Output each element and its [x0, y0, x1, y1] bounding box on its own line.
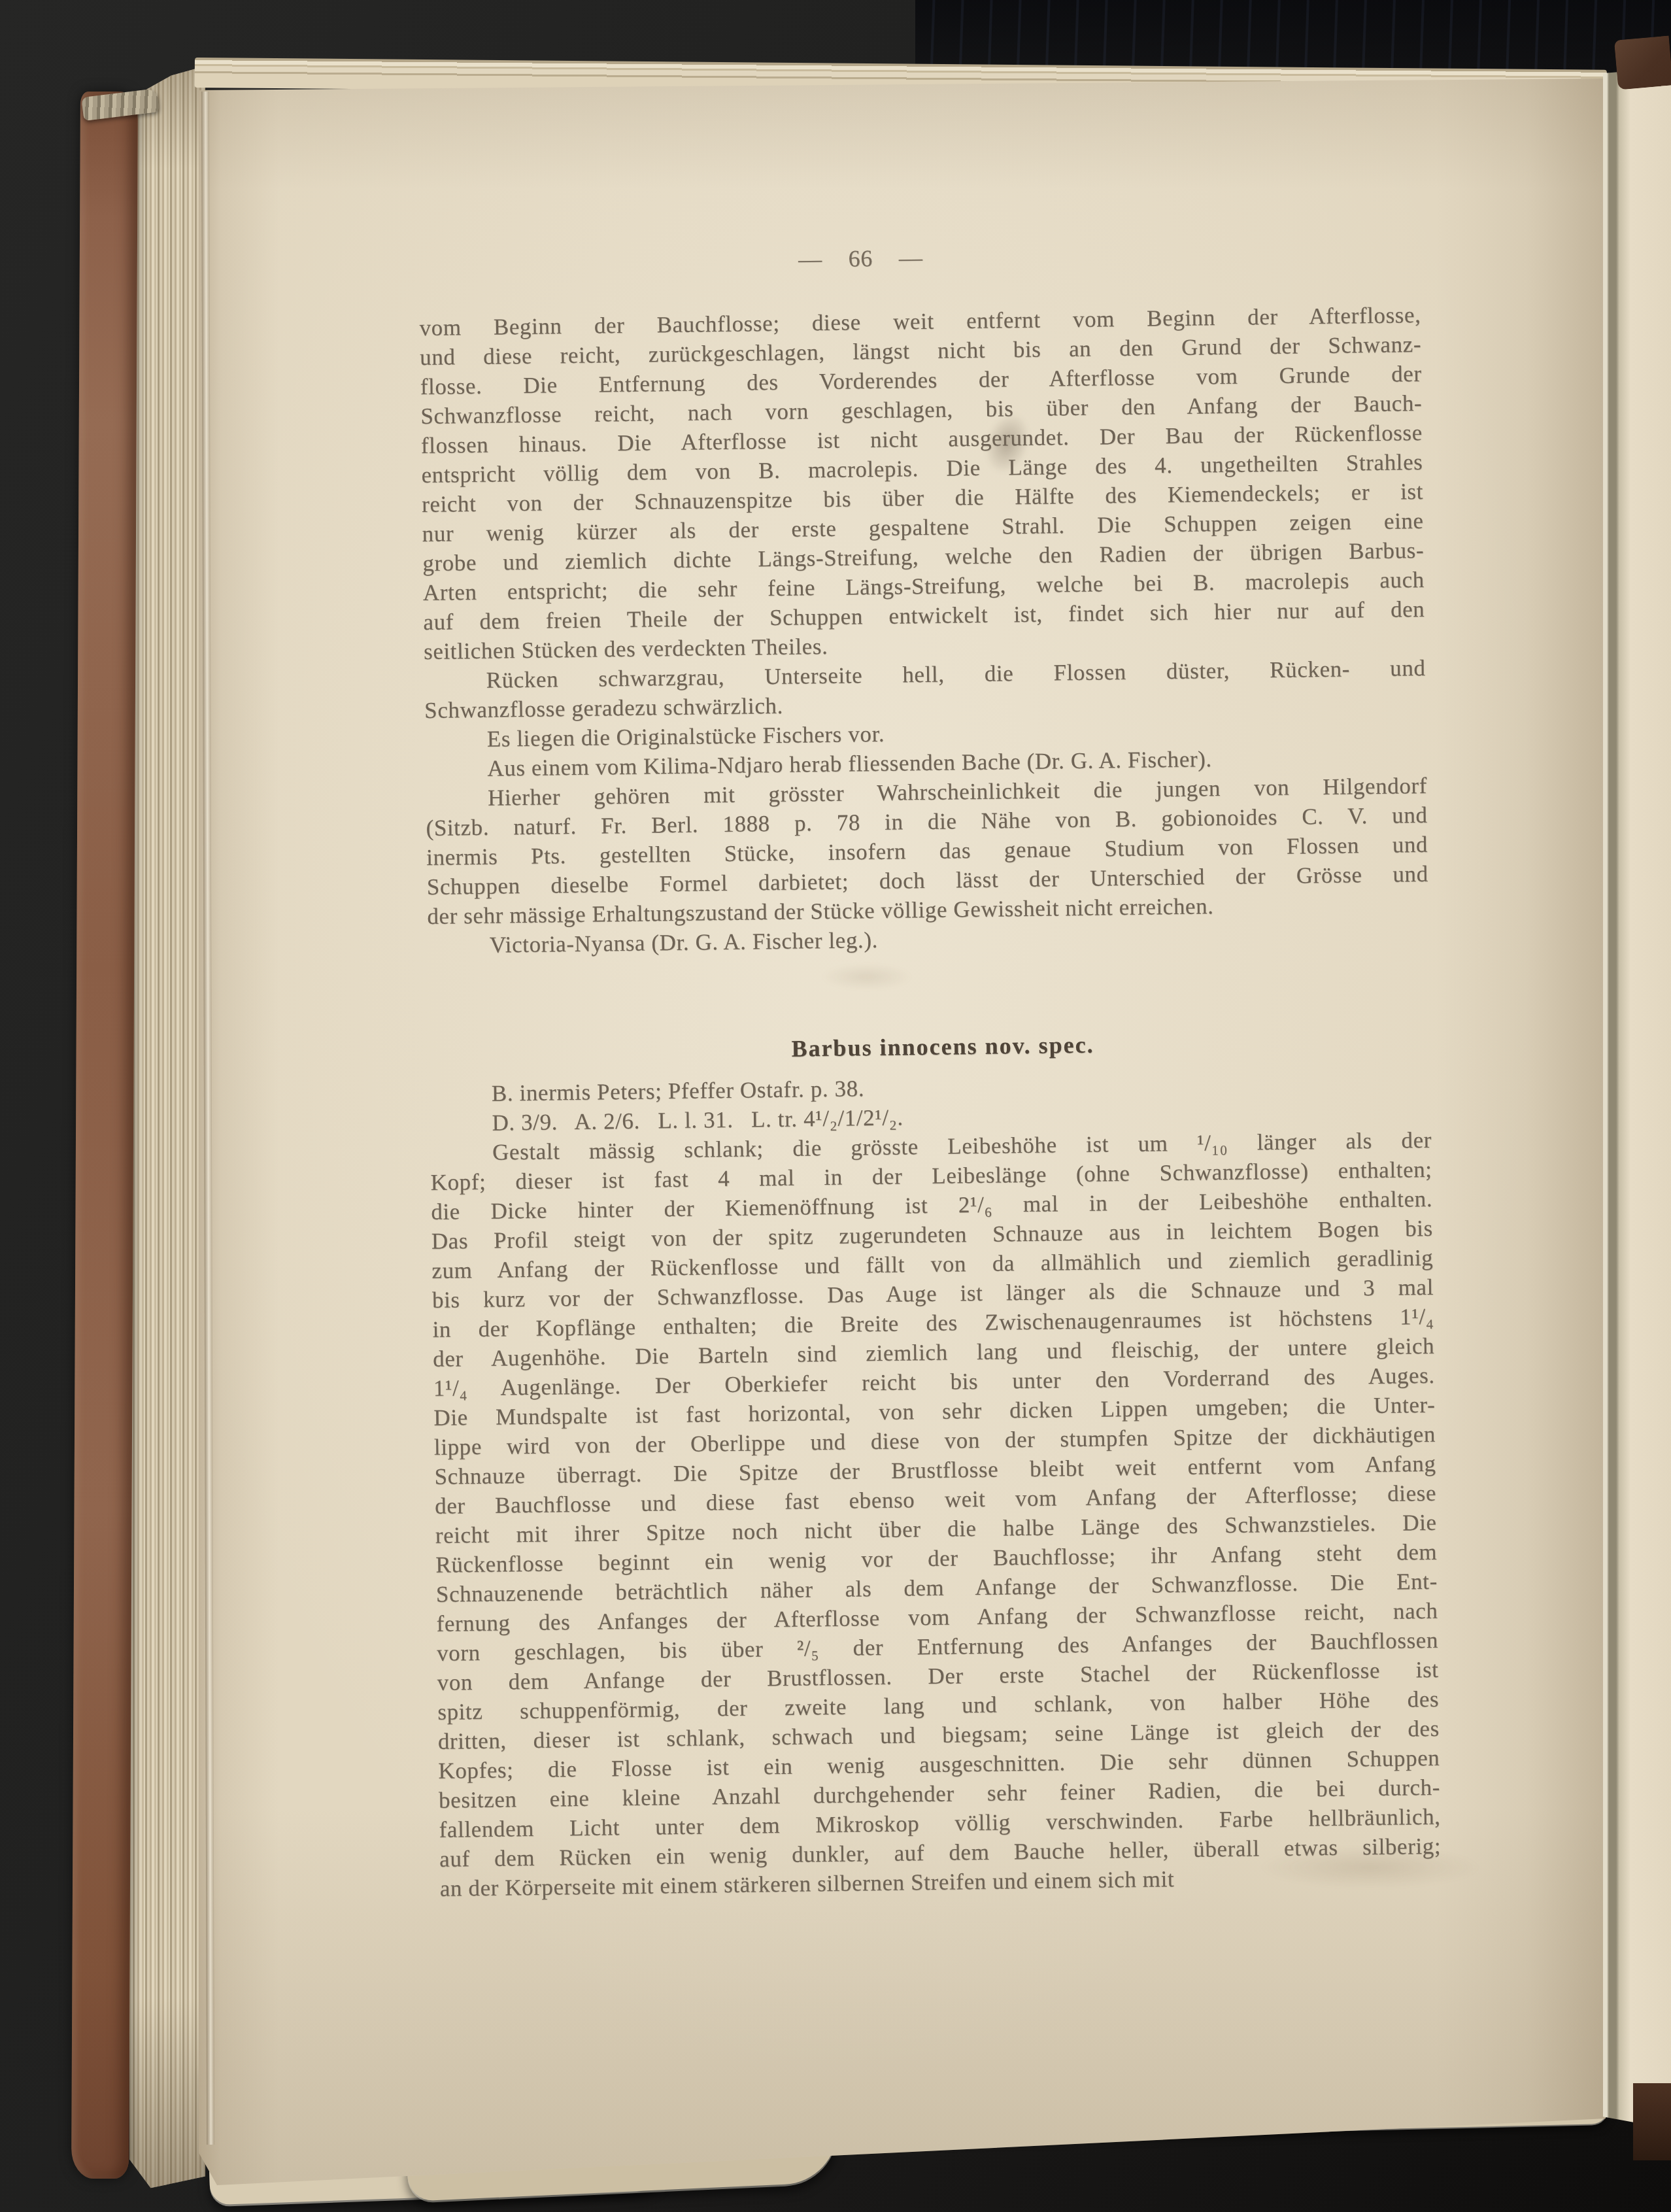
paragraph: Gestalt mässig schlank; die grösste Leib… — [430, 1125, 1442, 1903]
scanned-book-photo: —66— vom Beginn der Bauchflosse; diese w… — [0, 0, 1671, 2212]
paragraph: vom Beginn der Bauchflosse; diese weit e… — [419, 300, 1425, 666]
page-stack-edge — [129, 63, 205, 2189]
folio-dash-right: — — [899, 245, 923, 271]
gutter-facing-page — [1603, 68, 1671, 2137]
paragraph: Hierher gehören mit grösster Wahrscheinl… — [426, 771, 1429, 931]
species-heading: Barbus innocens nov. spec. — [442, 1025, 1443, 1069]
paragraphs-before-heading: vom Beginn der Bauchflosse; diese weit e… — [419, 300, 1429, 961]
book-spine — [71, 92, 138, 2179]
leather-corner-bottom-right — [1633, 2083, 1671, 2160]
folio-dash-left: — — [798, 246, 822, 272]
under-page-edge — [201, 92, 214, 2145]
folio-number: 66 — [848, 245, 873, 271]
leather-corner-top-right — [1614, 35, 1671, 90]
paragraphs-after-heading: B. inermis Peters; Pfeffer Ostafr. p. 38… — [430, 1066, 1442, 1903]
text-block: —66— vom Beginn der Bauchflosse; diese w… — [418, 237, 1442, 1903]
